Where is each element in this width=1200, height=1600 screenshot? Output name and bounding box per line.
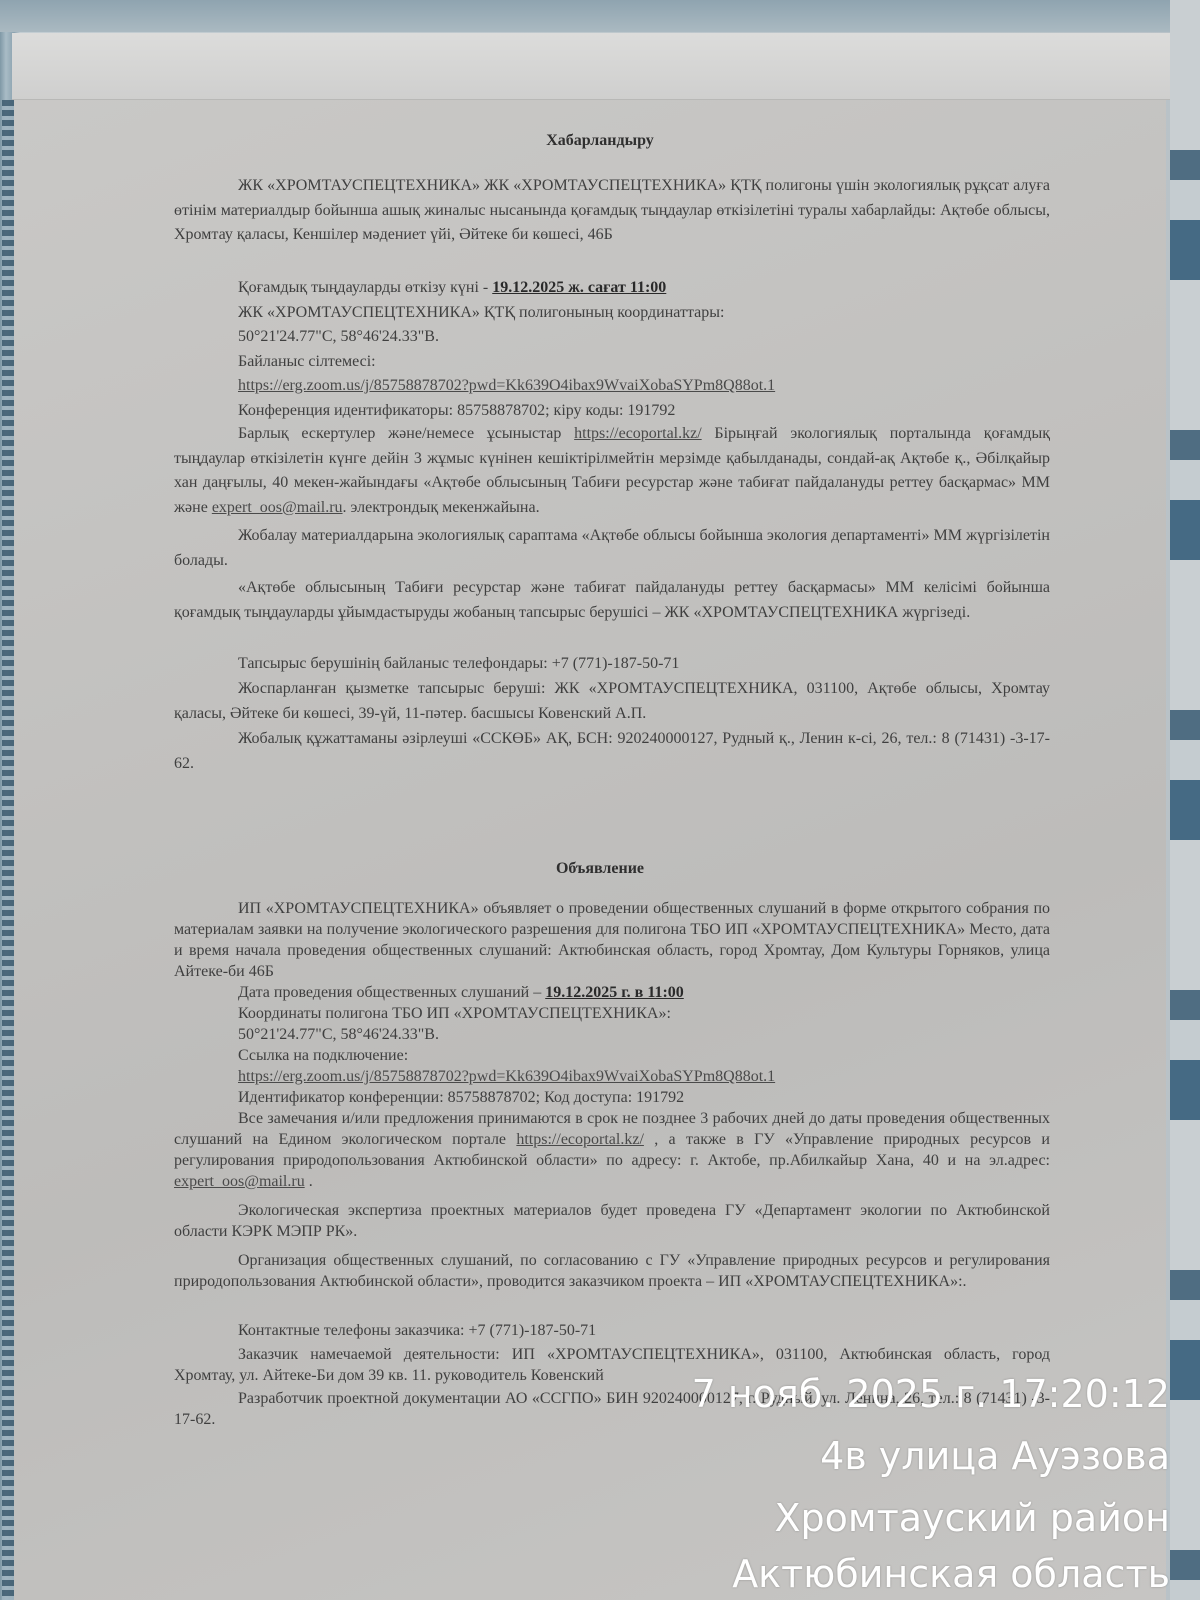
kazakh-ecoportal-link[interactable]: https://ecoportal.kz/ xyxy=(574,425,702,442)
kazakh-details: Қоғамдық тыңдауларды өткізу күні - 19.12… xyxy=(174,276,1050,423)
russian-expertise: Экологическая экспертиза проектных матер… xyxy=(174,1200,1050,1242)
russian-date-label: Дата проведения общественных слушаний – xyxy=(238,984,545,1001)
kazakh-intro: ЖК «ХРОМТАУСПЕЦТЕХНИКА» ЖК «ХРОМТАУСПЕЦТ… xyxy=(174,174,1050,248)
russian-date-value: 19.12.2025 г. в 11:00 xyxy=(545,984,684,1001)
kazakh-zoom-link[interactable]: https://erg.zoom.us/j/85758878702?pwd=Kk… xyxy=(238,377,775,394)
photo-stamp-street: 4в улица Ауэзова xyxy=(470,1434,1170,1478)
kazakh-link-label: Байланыс сілтемесі: xyxy=(174,350,1050,375)
background-top xyxy=(0,0,1200,32)
russian-notice-title: Объявление xyxy=(0,860,1200,878)
kazakh-coords-label: ЖК «ХРОМТАУСПЕЦТЕХНИКА» ҚТҚ полигонының … xyxy=(174,301,1050,326)
kazakh-email-link[interactable]: expert_oos@mail.ru xyxy=(212,499,343,516)
russian-coords-value: 50°21'24.77"С, 58°46'24.33"В. xyxy=(174,1024,1050,1045)
kazakh-date-label: Қоғамдық тыңдауларды өткізу күні - xyxy=(238,279,492,296)
kazakh-remarks-post: . электрондық мекенжайына. xyxy=(343,499,540,516)
kazakh-intro-text: ЖК «ХРОМТАУСПЕЦТЕХНИКА» ЖК «ХРОМТАУСПЕЦТ… xyxy=(174,177,1050,243)
russian-link-label: Ссылка на подключение: xyxy=(174,1045,1050,1066)
kazakh-date-line: Қоғамдық тыңдауларды өткізу күні - 19.12… xyxy=(174,276,1050,301)
background-right xyxy=(1170,0,1200,1600)
kazakh-organization: «Ақтөбе облысының Табиғи ресурстар және … xyxy=(174,576,1050,625)
sleeve-flap xyxy=(12,33,1170,100)
kazakh-coords-value: 50°21'24.77"С, 58°46'24.33"В. xyxy=(174,325,1050,350)
russian-organization: Организация общественных слушаний, по со… xyxy=(174,1250,1050,1292)
kazakh-customer: Жоспарланған қызметке тапсырыс беруші: Ж… xyxy=(174,677,1050,726)
russian-coords-label: Координаты полигона ТБО ИП «ХРОМТАУСПЕЦТ… xyxy=(174,1003,1050,1024)
kazakh-conference-ids: Конференция идентификаторы: 85758878702;… xyxy=(174,399,1050,424)
kazakh-date-value: 19.12.2025 ж. сағат 11:00 xyxy=(492,279,666,296)
russian-ecoportal-link[interactable]: https://ecoportal.kz/ xyxy=(516,1131,644,1148)
russian-zoom-link[interactable]: https://erg.zoom.us/j/85758878702?pwd=Kk… xyxy=(238,1068,775,1085)
russian-email-link[interactable]: expert_oos@mail.ru xyxy=(174,1173,305,1190)
kazakh-remarks-pre: Барлық ескертулер және/немесе ұсыныстар xyxy=(238,425,574,442)
russian-phones: Контактные телефоны заказчика: +7 (771)-… xyxy=(174,1320,1050,1341)
kazakh-developer: Жобалық құжаттаманы әзірлеуші «ССКӨБ» АҚ… xyxy=(174,727,1050,776)
kazakh-expertise: Жобалау материалдарына экологиялық сарап… xyxy=(174,524,1050,573)
russian-remarks-post: . xyxy=(305,1173,313,1190)
russian-intro: ИП «ХРОМТАУСПЕЦТЕХНИКА» объявляет о пров… xyxy=(174,898,1050,982)
russian-remarks: Все замечания и/или предложения принимаю… xyxy=(174,1108,1050,1192)
photo-stamp-region: Актюбинская область xyxy=(470,1552,1170,1596)
kazakh-remarks: Барлық ескертулер және/немесе ұсыныстар … xyxy=(174,422,1050,520)
kazakh-phones: Тапсырыс берушінің байланыс телефондары:… xyxy=(174,652,1050,677)
kazakh-notice-title: Хабарландыру xyxy=(0,132,1200,150)
russian-details: Дата проведения общественных слушаний – … xyxy=(174,982,1050,1108)
russian-conference-ids: Идентификатор конференции: 85758878702; … xyxy=(174,1087,1050,1108)
russian-date-line: Дата проведения общественных слушаний – … xyxy=(174,982,1050,1003)
photo-stamp-district: Хромтауский район xyxy=(470,1496,1170,1540)
photo-stamp-datetime: 7 нояб. 2025 г. 17:20:12 xyxy=(470,1372,1170,1416)
